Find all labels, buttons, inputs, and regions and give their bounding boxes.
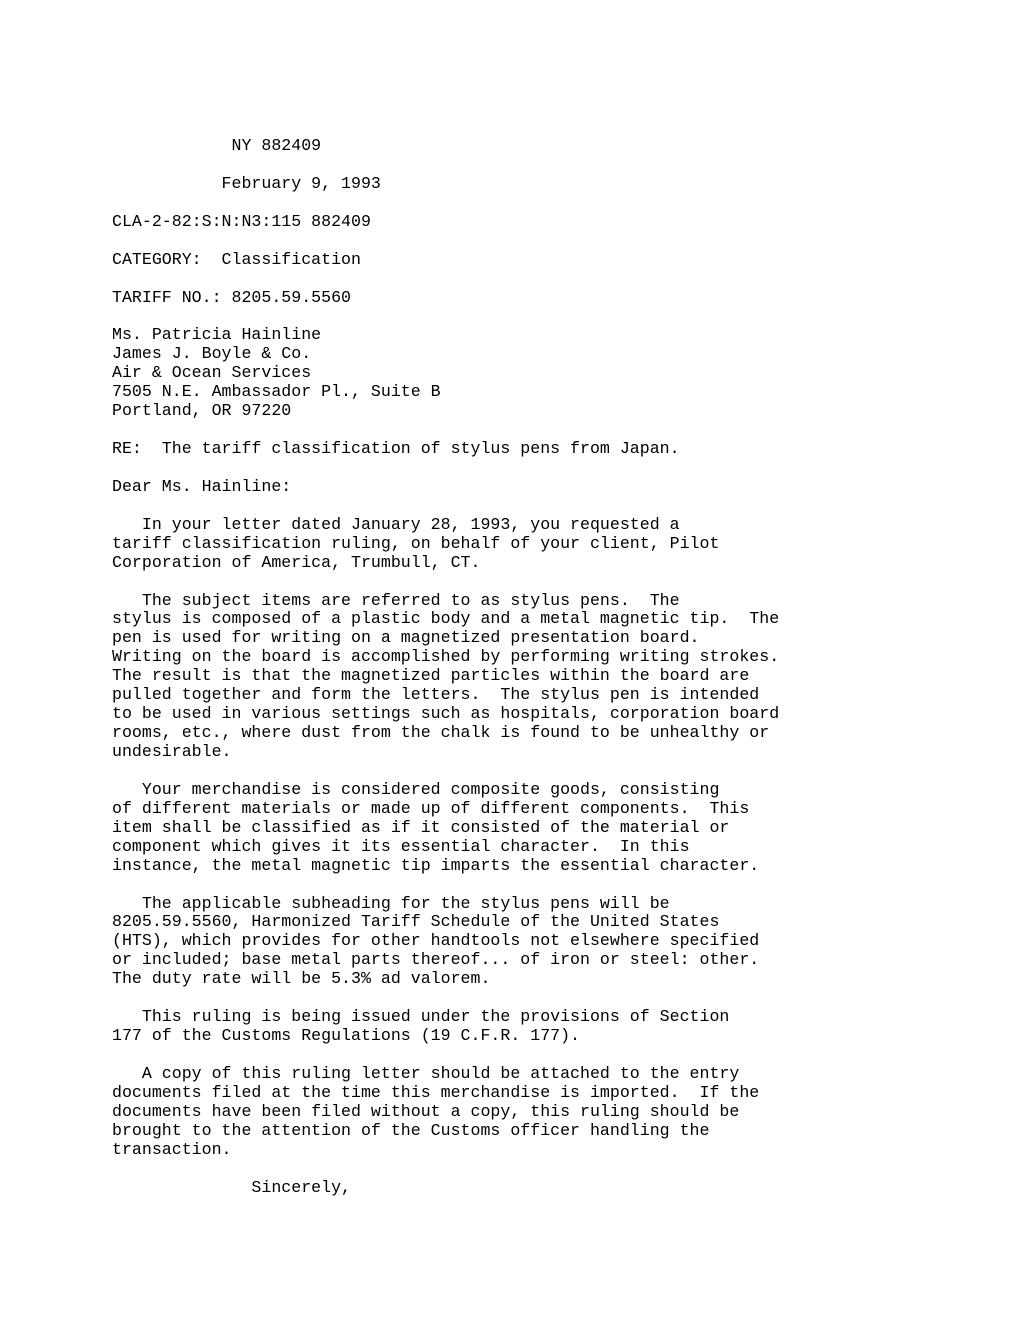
text-line: transaction.: [112, 1141, 779, 1160]
salutation: Dear Ms. Hainline:: [112, 478, 779, 497]
text-line: stylus is composed of a plastic body and…: [112, 610, 779, 629]
text-line: Sincerely,: [112, 1179, 779, 1198]
text-line: The applicable subheading for the stylus…: [112, 895, 779, 914]
text-line: documents filed at the time this merchan…: [112, 1084, 779, 1103]
text-line: (HTS), which provides for other handtool…: [112, 932, 779, 951]
text-line: This ruling is being issued under the pr…: [112, 1008, 779, 1027]
text-line: Ms. Patricia Hainline: [112, 326, 779, 345]
text-line: The duty rate will be 5.3% ad valorem.: [112, 970, 779, 989]
paragraph-intro: In your letter dated January 28, 1993, y…: [112, 516, 779, 573]
subject-line: RE: The tariff classification of stylus …: [112, 440, 779, 459]
text-line: Writing on the board is accomplished by …: [112, 648, 779, 667]
closing: Sincerely,: [112, 1179, 779, 1198]
text-line: pen is used for writing on a magnetized …: [112, 629, 779, 648]
paragraph-copy-instructions: A copy of this ruling letter should be a…: [112, 1065, 779, 1160]
text-line: The result is that the magnetized partic…: [112, 667, 779, 686]
text-line: to be used in various settings such as h…: [112, 705, 779, 724]
text-line: Corporation of America, Trumbull, CT.: [112, 554, 779, 573]
text-line: component which gives it its essential c…: [112, 838, 779, 857]
paragraph-applicable-subheading: The applicable subheading for the stylus…: [112, 895, 779, 990]
letter-body: NY 882409 February 9, 1993 CLA-2-82:S:N:…: [112, 137, 779, 1198]
text-line: undesirable.: [112, 743, 779, 762]
text-line: of different materials or made up of dif…: [112, 800, 779, 819]
text-line: or included; base metal parts thereof...…: [112, 951, 779, 970]
text-line: Air & Ocean Services: [112, 364, 779, 383]
text-line: NY 882409: [112, 137, 779, 156]
category-line: CATEGORY: Classification: [112, 251, 779, 270]
ruling-number: NY 882409: [112, 137, 779, 156]
text-line: Your merchandise is considered composite…: [112, 781, 779, 800]
text-line: James J. Boyle & Co.: [112, 345, 779, 364]
text-line: rooms, etc., where dust from the chalk i…: [112, 724, 779, 743]
text-line: Dear Ms. Hainline:: [112, 478, 779, 497]
text-line: CLA-2-82:S:N:N3:115 882409: [112, 213, 779, 232]
text-line: RE: The tariff classification of stylus …: [112, 440, 779, 459]
text-line: February 9, 1993: [112, 175, 779, 194]
text-line: brought to the attention of the Customs …: [112, 1122, 779, 1141]
text-line: item shall be classified as if it consis…: [112, 819, 779, 838]
text-line: tariff classification ruling, on behalf …: [112, 535, 779, 554]
letter-page: NY 882409 February 9, 1993 CLA-2-82:S:N:…: [0, 0, 1020, 1320]
text-line: The subject items are referred to as sty…: [112, 592, 779, 611]
text-line: TARIFF NO.: 8205.59.5560: [112, 289, 779, 308]
text-line: A copy of this ruling letter should be a…: [112, 1065, 779, 1084]
paragraph-composite-goods: Your merchandise is considered composite…: [112, 781, 779, 876]
text-line: pulled together and form the letters. Th…: [112, 686, 779, 705]
text-line: In your letter dated January 28, 1993, y…: [112, 516, 779, 535]
paragraph-ruling-provisions: This ruling is being issued under the pr…: [112, 1008, 779, 1046]
text-line: Portland, OR 97220: [112, 402, 779, 421]
text-line: documents have been filed without a copy…: [112, 1103, 779, 1122]
text-line: 177 of the Customs Regulations (19 C.F.R…: [112, 1027, 779, 1046]
text-line: instance, the metal magnetic tip imparts…: [112, 857, 779, 876]
date-line: February 9, 1993: [112, 175, 779, 194]
reference-line: CLA-2-82:S:N:N3:115 882409: [112, 213, 779, 232]
text-line: CATEGORY: Classification: [112, 251, 779, 270]
address-block: Ms. Patricia HainlineJames J. Boyle & Co…: [112, 326, 779, 421]
text-line: 7505 N.E. Ambassador Pl., Suite B: [112, 383, 779, 402]
text-line: 8205.59.5560, Harmonized Tariff Schedule…: [112, 913, 779, 932]
paragraph-product-description: The subject items are referred to as sty…: [112, 592, 779, 762]
tariff-number-line: TARIFF NO.: 8205.59.5560: [112, 289, 779, 308]
